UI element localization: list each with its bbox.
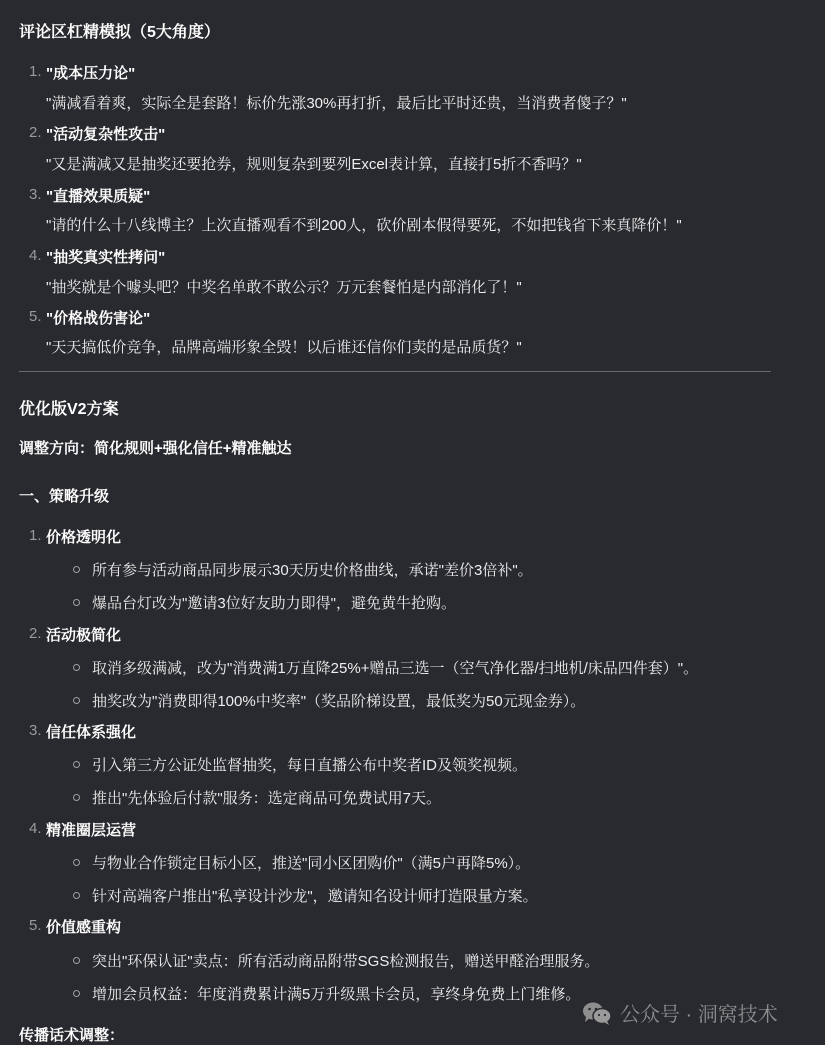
item-body: "抽奖就是个噱头吧？中奖名单敢不敢公示？万元套餐怕是内部消化了！"	[46, 276, 522, 297]
watermark: 公众号 · 洞窝技术	[582, 998, 778, 1027]
list-number: 3.	[29, 186, 42, 203]
item-body: "天天搞低价竞争，品牌高端形象全毁！以后谁还信你们卖的是品质货？"	[46, 336, 522, 357]
item-title: 价值感重构	[46, 916, 121, 937]
item-title: "抽奖真实性拷问"	[46, 246, 165, 267]
section-title-critics: 评论区杠精模拟（5大角度）	[19, 19, 220, 42]
section-title-v2-plan: 优化版V2方案	[19, 396, 119, 419]
hollow-bullet-icon	[73, 892, 80, 899]
bullet-text: 所有参与活动商品同步展示30天历史价格曲线，承诺"差价3倍补"。	[92, 559, 533, 580]
bullet-text: 引入第三方公证处监督抽奖，每日直播公布中奖者ID及领奖视频。	[92, 754, 527, 775]
section-divider	[19, 371, 771, 372]
hollow-bullet-icon	[73, 990, 80, 997]
bullet-text: 取消多级满减，改为"消费满1万直降25%+赠品三选一（空气净化器/扫地机/床品四…	[92, 657, 698, 678]
item-title: "价格战伤害论"	[46, 307, 150, 328]
bullet-text: 抽奖改为"消费即得100%中奖率"（奖品阶梯设置，最低奖为50元现金券）。	[92, 690, 585, 711]
hollow-bullet-icon	[73, 859, 80, 866]
item-title: 价格透明化	[46, 526, 121, 547]
item-title: "成本压力论"	[46, 62, 135, 83]
wechat-icon	[582, 1001, 612, 1025]
list-number: 5.	[29, 308, 42, 325]
bullet-text: 突出"环保认证"卖点：所有活动商品附带SGS检测报告，赠送甲醛治理服务。	[92, 950, 599, 971]
subsection-title-strategy: 一、策略升级	[19, 485, 109, 506]
hollow-bullet-icon	[73, 761, 80, 768]
bullet-text: 与物业合作锁定目标小区，推送"同小区团购价"（满5户再降5%）。	[92, 852, 530, 873]
item-title: 活动极简化	[46, 624, 121, 645]
hollow-bullet-icon	[73, 697, 80, 704]
bullet-text: 针对高端客户推出"私享设计沙龙"，邀请知名设计师打造限量方案。	[92, 885, 538, 906]
item-title: "活动复杂性攻击"	[46, 123, 165, 144]
list-number: 1.	[29, 527, 42, 544]
item-body: "又是满减又是抽奖还要抢券，规则复杂到要列Excel表计算，直接打5折不香吗？"	[46, 153, 582, 174]
hollow-bullet-icon	[73, 664, 80, 671]
list-number: 3.	[29, 722, 42, 739]
bullet-text: 增加会员权益：年度消费累计满5万升级黑卡会员，享终身免费上门维修。	[92, 983, 580, 1004]
item-body: "满减看着爽，实际全是套路！标价先涨30%再打折，最后比平时还贵，当消费者傻子？…	[46, 92, 627, 113]
list-number: 5.	[29, 917, 42, 934]
hollow-bullet-icon	[73, 794, 80, 801]
bullet-text: 爆品台灯改为"邀请3位好友助力即得"，避免黄牛抢购。	[92, 592, 456, 613]
bullet-text: 推出"先体验后付款"服务：选定商品可免费试用7天。	[92, 787, 441, 808]
item-title: 信任体系强化	[46, 721, 136, 742]
hollow-bullet-icon	[73, 566, 80, 573]
hollow-bullet-icon	[73, 599, 80, 606]
list-number: 4.	[29, 820, 42, 837]
footer-heading-messaging: 传播话术调整：	[19, 1024, 124, 1045]
adjustment-direction: 调整方向：简化规则+强化信任+精准触达	[19, 437, 292, 458]
item-title: 精准圈层运营	[46, 819, 136, 840]
list-number: 1.	[29, 63, 42, 80]
list-number: 2.	[29, 124, 42, 141]
item-body: "请的什么十八线博主？上次直播观看不到200人，砍价剧本假得要死，不如把钱省下来…	[46, 214, 682, 235]
watermark-text: 公众号 · 洞窝技术	[620, 998, 778, 1027]
hollow-bullet-icon	[73, 957, 80, 964]
list-number: 2.	[29, 625, 42, 642]
list-number: 4.	[29, 247, 42, 264]
item-title: "直播效果质疑"	[46, 185, 150, 206]
